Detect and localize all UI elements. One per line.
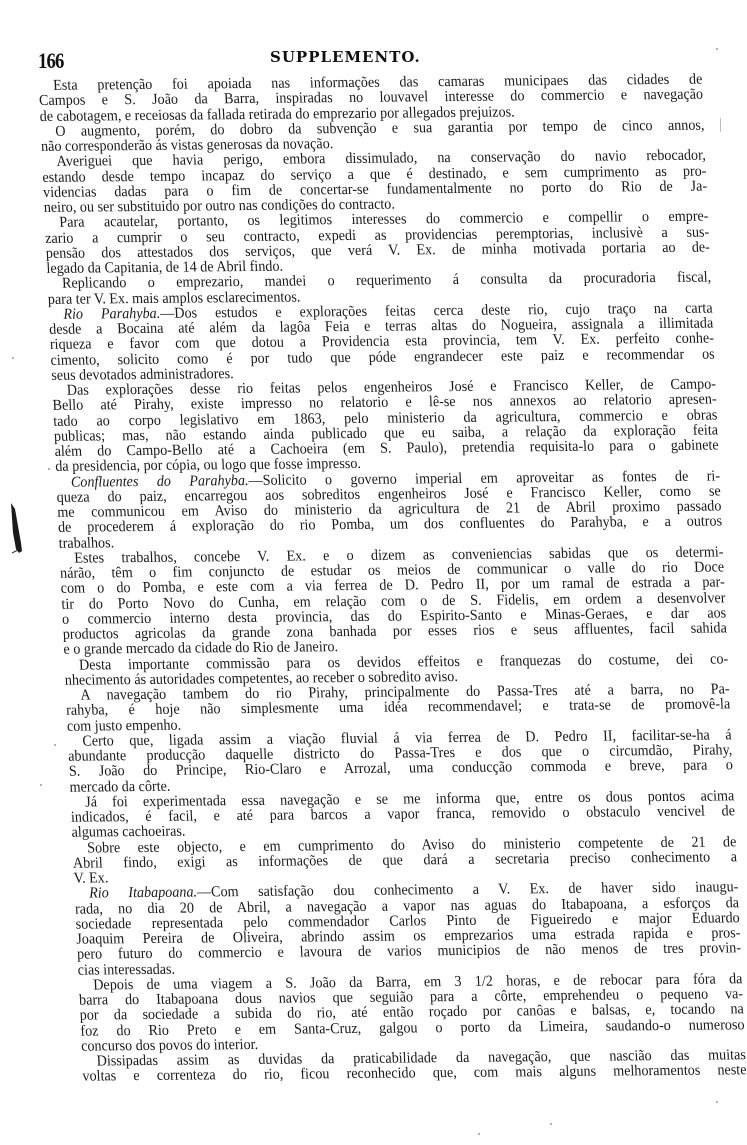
- scan-speck: [716, 48, 718, 50]
- scan-speck: [54, 744, 56, 746]
- running-title: SUPPLEMENTO.: [270, 48, 421, 66]
- scan-speck: [12, 357, 14, 359]
- scan-speck: [478, 1133, 480, 1135]
- body-text: Esta pretenção foi apoiada nas informaçõ…: [38, 72, 747, 1084]
- scan-speck: [550, 1123, 552, 1125]
- page-number: 166: [38, 48, 64, 74]
- scan-speck: [716, 1101, 718, 1103]
- scan-speck: [40, 784, 42, 786]
- page-header: 166 SUPPLEMENTO.: [38, 48, 698, 72]
- scanned-page: 166 SUPPLEMENTO. Esta pretenção foi apoi…: [0, 0, 747, 1145]
- margin-ink-mark-icon: [9, 503, 23, 555]
- scan-speck: [48, 468, 50, 470]
- scan-speck: [720, 118, 721, 132]
